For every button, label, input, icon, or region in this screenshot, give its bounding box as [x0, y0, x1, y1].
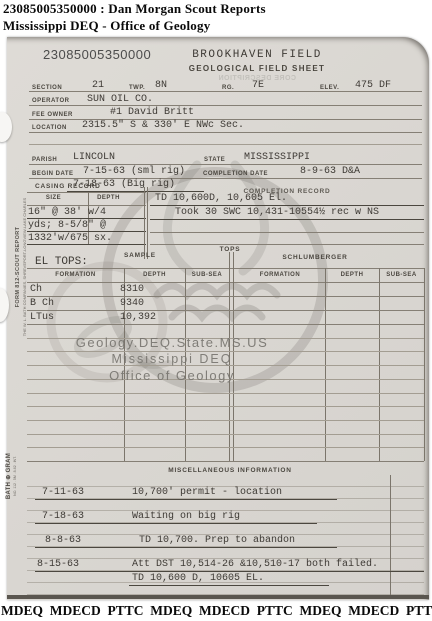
watermark-office: Office of Geology [62, 368, 282, 383]
scout-report-viewer: { "viewer": { "title_line1": "2308500535… [0, 0, 432, 621]
completion-line1: TD 10,600D, 10,605 El. [155, 193, 287, 205]
tops-row-formation: B Ch [30, 298, 54, 310]
typed-underline [27, 244, 146, 245]
misc-entry-text2: TD 10,600 D, 10605 EL. [132, 573, 264, 585]
misc-entry-date: 8-8-63 [45, 535, 81, 547]
paper-bottom-edge [7, 595, 429, 599]
completion-line2: Took 30 SWC 10,431-10554½ rec w NS [175, 207, 379, 219]
tops-col-depth-right: DEPTH [325, 272, 379, 279]
form-credit-line2: THE W. L. BATH COMPANIES, SHREVEPORT-LON… [22, 167, 28, 367]
sample-title: SAMPLE [90, 252, 190, 259]
form-line [29, 164, 422, 165]
completion-date-value: 8-9-63 D&A [300, 166, 360, 178]
tops-col-formation-right: FORMATION [235, 272, 325, 279]
tops-row-depth: 9340 [120, 298, 144, 310]
begin-date-value: 7-15-63 (sml rig) [83, 166, 185, 178]
misc-entry-text: 10,700' permit - location [132, 487, 282, 499]
begin-date-label: BEGIN DATE [32, 171, 74, 178]
typed-underline [35, 499, 337, 500]
misc-entry-date: 7-11-63 [42, 487, 84, 499]
typed-underline [129, 585, 329, 586]
el-tops-note: EL TOPS: [35, 256, 88, 268]
form-line [150, 232, 424, 233]
fee-owner-label: FEE OWNER [32, 112, 73, 119]
table-row-line [27, 310, 424, 311]
location-value: 2315.5" S & 330' E NWc Sec. [82, 120, 244, 132]
table-line [424, 268, 425, 461]
form-line [29, 91, 422, 92]
divider-double-line [147, 187, 148, 259]
table-line [27, 268, 424, 269]
sheet-title: GEOLOGICAL FIELD SHEET [157, 65, 357, 72]
tops-row-formation: Ch [30, 284, 42, 296]
table-row-line [27, 296, 424, 297]
tops-row-formation: LTus [30, 312, 54, 324]
typed-underline [27, 218, 146, 219]
table-row-line [27, 420, 424, 421]
viewer-title-line2: Mississippi DEQ - Office of Geology [3, 18, 210, 34]
form-line [29, 132, 422, 133]
tops-col-subsea-left: SUB-SEA [185, 272, 229, 279]
watermark-agency: Mississippi DEQ [62, 352, 282, 366]
typed-underline [150, 205, 424, 206]
table-line [27, 461, 424, 462]
divider-double-line [144, 187, 145, 259]
misc-entry-text: Waiting on big rig [132, 511, 240, 523]
tops-col-depth-left: DEPTH [124, 272, 185, 279]
tops-col-subsea-right: SUB-SEA [379, 272, 424, 279]
state-value: MISSISSIPPI [244, 152, 310, 164]
misc-entry-date: 7-18-63 [42, 511, 84, 523]
table-row-line [27, 434, 424, 435]
form-line [29, 105, 422, 106]
tops-row-depth: 10,392 [120, 312, 156, 324]
table-line [27, 205, 146, 206]
completion-date-label: COMPLETION DATE [203, 171, 268, 178]
tops-title: TOPS [180, 246, 280, 253]
schlumberger-title: SCHLUMBERGER [265, 254, 365, 261]
bathgram-text: BATH ⊕ GRAM [6, 444, 13, 508]
bathgram-logo: BATH ⊕ GRAM NO. 112 . 5M . 8-62 . INT. [6, 444, 20, 508]
document-number: 23085005350000 [43, 49, 151, 61]
field-title: BROOKHAVEN FIELD [157, 49, 357, 61]
typed-underline [35, 571, 424, 572]
typed-underline [150, 219, 424, 220]
misc-entry-date: 8-15-63 [37, 559, 79, 571]
table-row-line [27, 406, 424, 407]
location-label: LOCATION [32, 125, 67, 132]
misc-title: MISCELLANEOUS INFORMATION [130, 467, 330, 474]
operator-label: OPERATOR [32, 98, 69, 105]
scanned-field-sheet: 23085005350000 BROOKHAVEN FIELD GEOLOGIC… [7, 37, 429, 600]
typed-underline [35, 523, 317, 524]
misc-entry-text: TD 10,700. Prep to abandon [139, 535, 295, 547]
form-line [29, 144, 422, 145]
form-line [150, 244, 424, 245]
typed-underline [27, 231, 146, 232]
fee-owner-value: #1 David Britt [110, 107, 194, 119]
typed-underline [35, 547, 337, 548]
state-label: STATE [204, 157, 225, 164]
tops-col-formation-left: FORMATION [27, 272, 124, 279]
bathgram-subtext: NO. 112 . 5M . 8-62 . INT. [13, 444, 18, 508]
table-row-line [27, 447, 424, 448]
parish-value: LINCOLN [73, 152, 115, 164]
table-line [27, 192, 146, 193]
viewer-title-line1: 23085005350000 : Dan Morgan Scout Report… [3, 1, 266, 17]
table-line [390, 475, 391, 595]
table-row-line [27, 324, 424, 325]
form-credit-line1: FORM 812-SCOUT REPORT [15, 167, 22, 367]
casing-record-title: CASING RECORD [35, 183, 101, 190]
table-row-line [27, 393, 424, 394]
casing-col-size: SIZE [27, 195, 80, 202]
tops-row-depth: 8310 [120, 284, 144, 296]
table-line [27, 282, 424, 283]
watermark-url: Geology.DEQ.State.MS.US [62, 335, 282, 350]
parish-label: PARISH [32, 157, 57, 164]
form-credit: FORM 812-SCOUT REPORT THE W. L. BATH COM… [15, 167, 31, 367]
misc-entry-text: Att DST 10,514-26 &10,510-17 both failed… [132, 559, 378, 571]
footer-ticker: MDEQ MDECD PTTC MDEQ MDECD PTTC MDEQ MDE… [1, 602, 432, 620]
